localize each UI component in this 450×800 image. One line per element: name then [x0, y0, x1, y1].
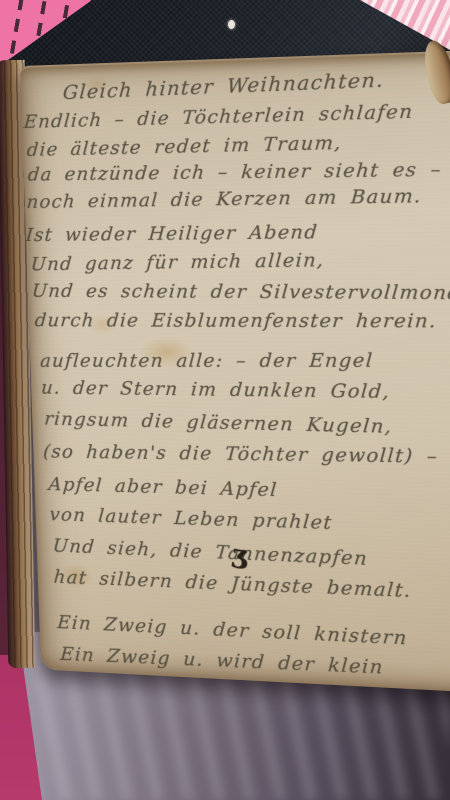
poem-line: Und ganz für mich allein, — [30, 249, 325, 275]
poem-line: durch die Eisblumenfenster herein. — [34, 310, 438, 333]
photo-scene: Gleich hinter Weihnachten. Endlich – die… — [0, 0, 450, 800]
poem-line: Und es scheint der Silvestervollmond — [31, 281, 450, 305]
white-speck — [228, 20, 235, 29]
poem-line: aufleuchten alle: – der Engel — [39, 350, 374, 372]
ink-smudge-mark: ʒ — [231, 538, 249, 570]
notebook-page: Gleich hinter Weihnachten. Endlich – die… — [20, 49, 450, 696]
poem-line: da entzünde ich – keiner sieht es – — [27, 159, 443, 186]
poem-line: Ist wieder Heiliger Abend — [25, 222, 319, 247]
